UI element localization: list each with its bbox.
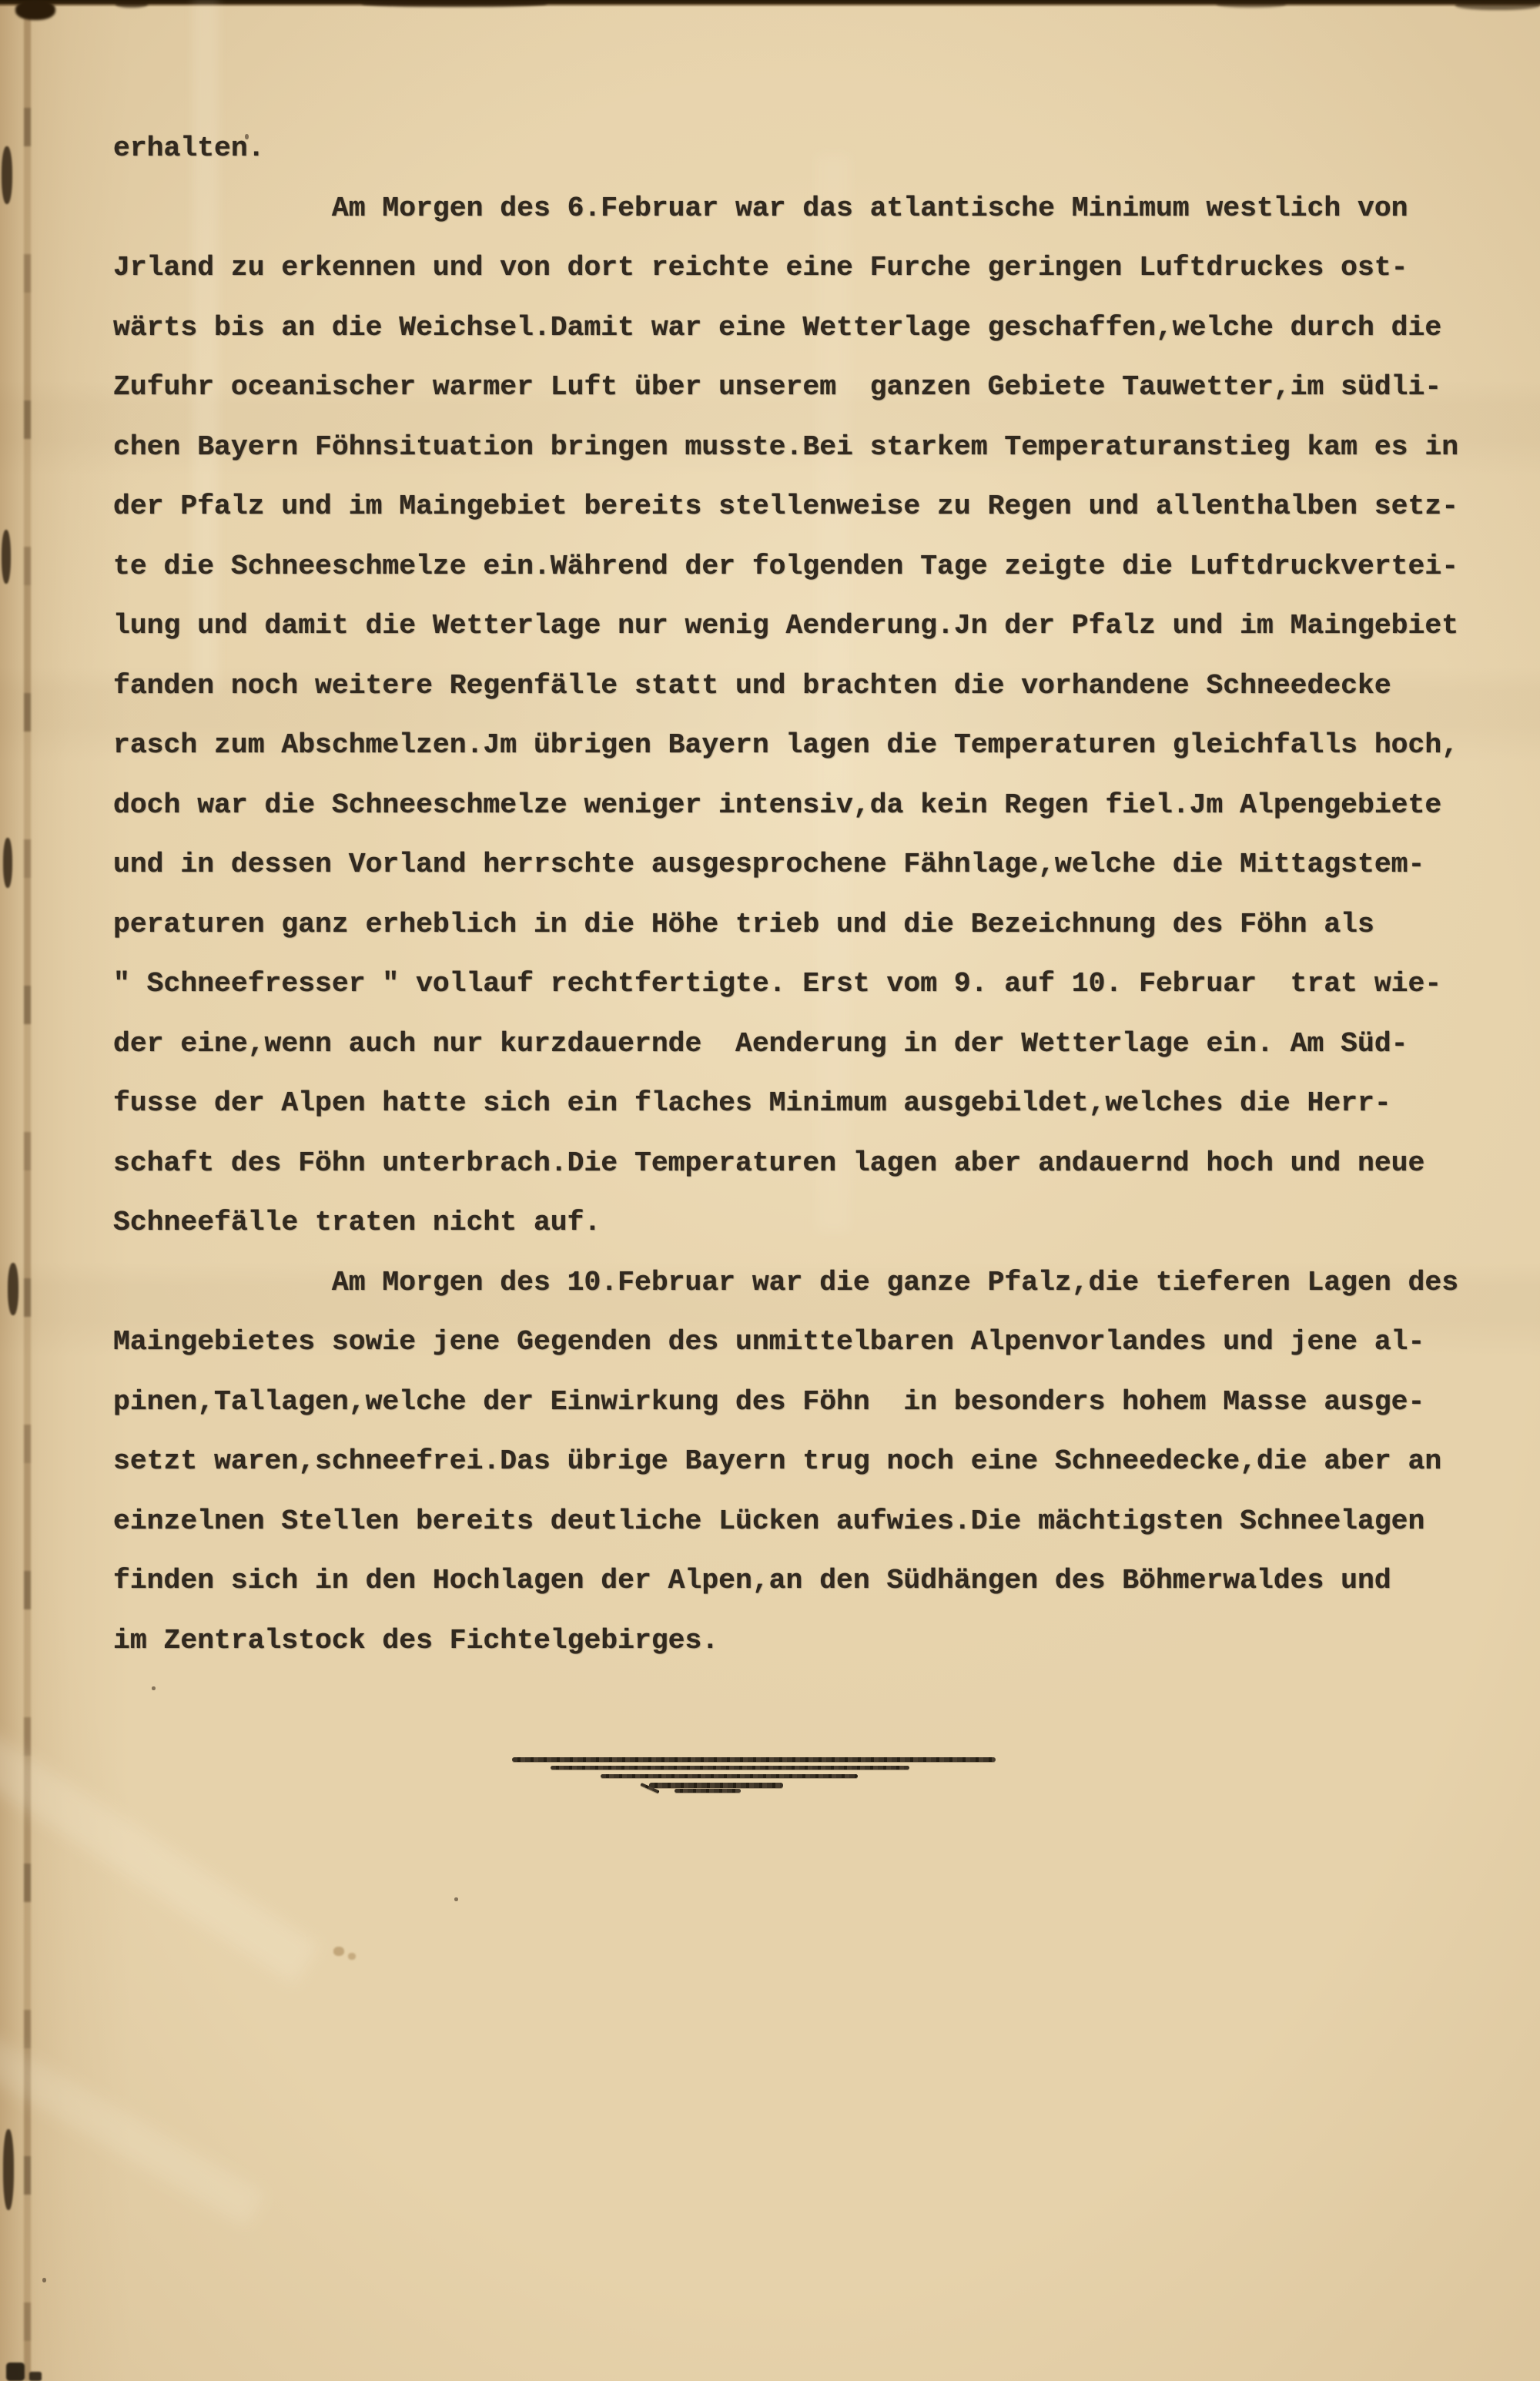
edge-mark — [8, 1263, 18, 1315]
paper-speck — [152, 1686, 156, 1690]
paper-speck — [42, 2278, 46, 2282]
edge-blotch — [1217, 0, 1286, 8]
page-top-edge-shadow — [0, 0, 1540, 7]
paper-speck — [333, 1947, 344, 1956]
divider-line — [601, 1774, 858, 1778]
divider-line — [675, 1789, 741, 1793]
typewritten-text: erhalten. Am Morgen des 6.Februar war da… — [113, 119, 1458, 1670]
edge-mark — [6, 2363, 25, 2381]
paper-speck — [348, 1953, 356, 1960]
edge-mark — [2, 530, 11, 584]
edge-blotch — [115, 0, 148, 8]
edge-mark — [3, 2129, 14, 2210]
divider-line — [649, 1783, 783, 1788]
edge-mark — [29, 2372, 42, 2381]
binding-gutter-shadow — [0, 0, 131, 2381]
edge-blotch — [15, 0, 55, 20]
edge-mark — [3, 838, 12, 888]
paper-speck — [454, 1897, 458, 1901]
divider-line — [512, 1757, 996, 1762]
edge-blotch — [1455, 0, 1540, 10]
edge-blotch — [362, 0, 547, 7]
binding-crease — [24, 0, 31, 2381]
divider-line — [551, 1766, 909, 1770]
scanned-page: erhalten. Am Morgen des 6.Februar war da… — [0, 0, 1540, 2381]
edge-mark — [2, 146, 12, 204]
